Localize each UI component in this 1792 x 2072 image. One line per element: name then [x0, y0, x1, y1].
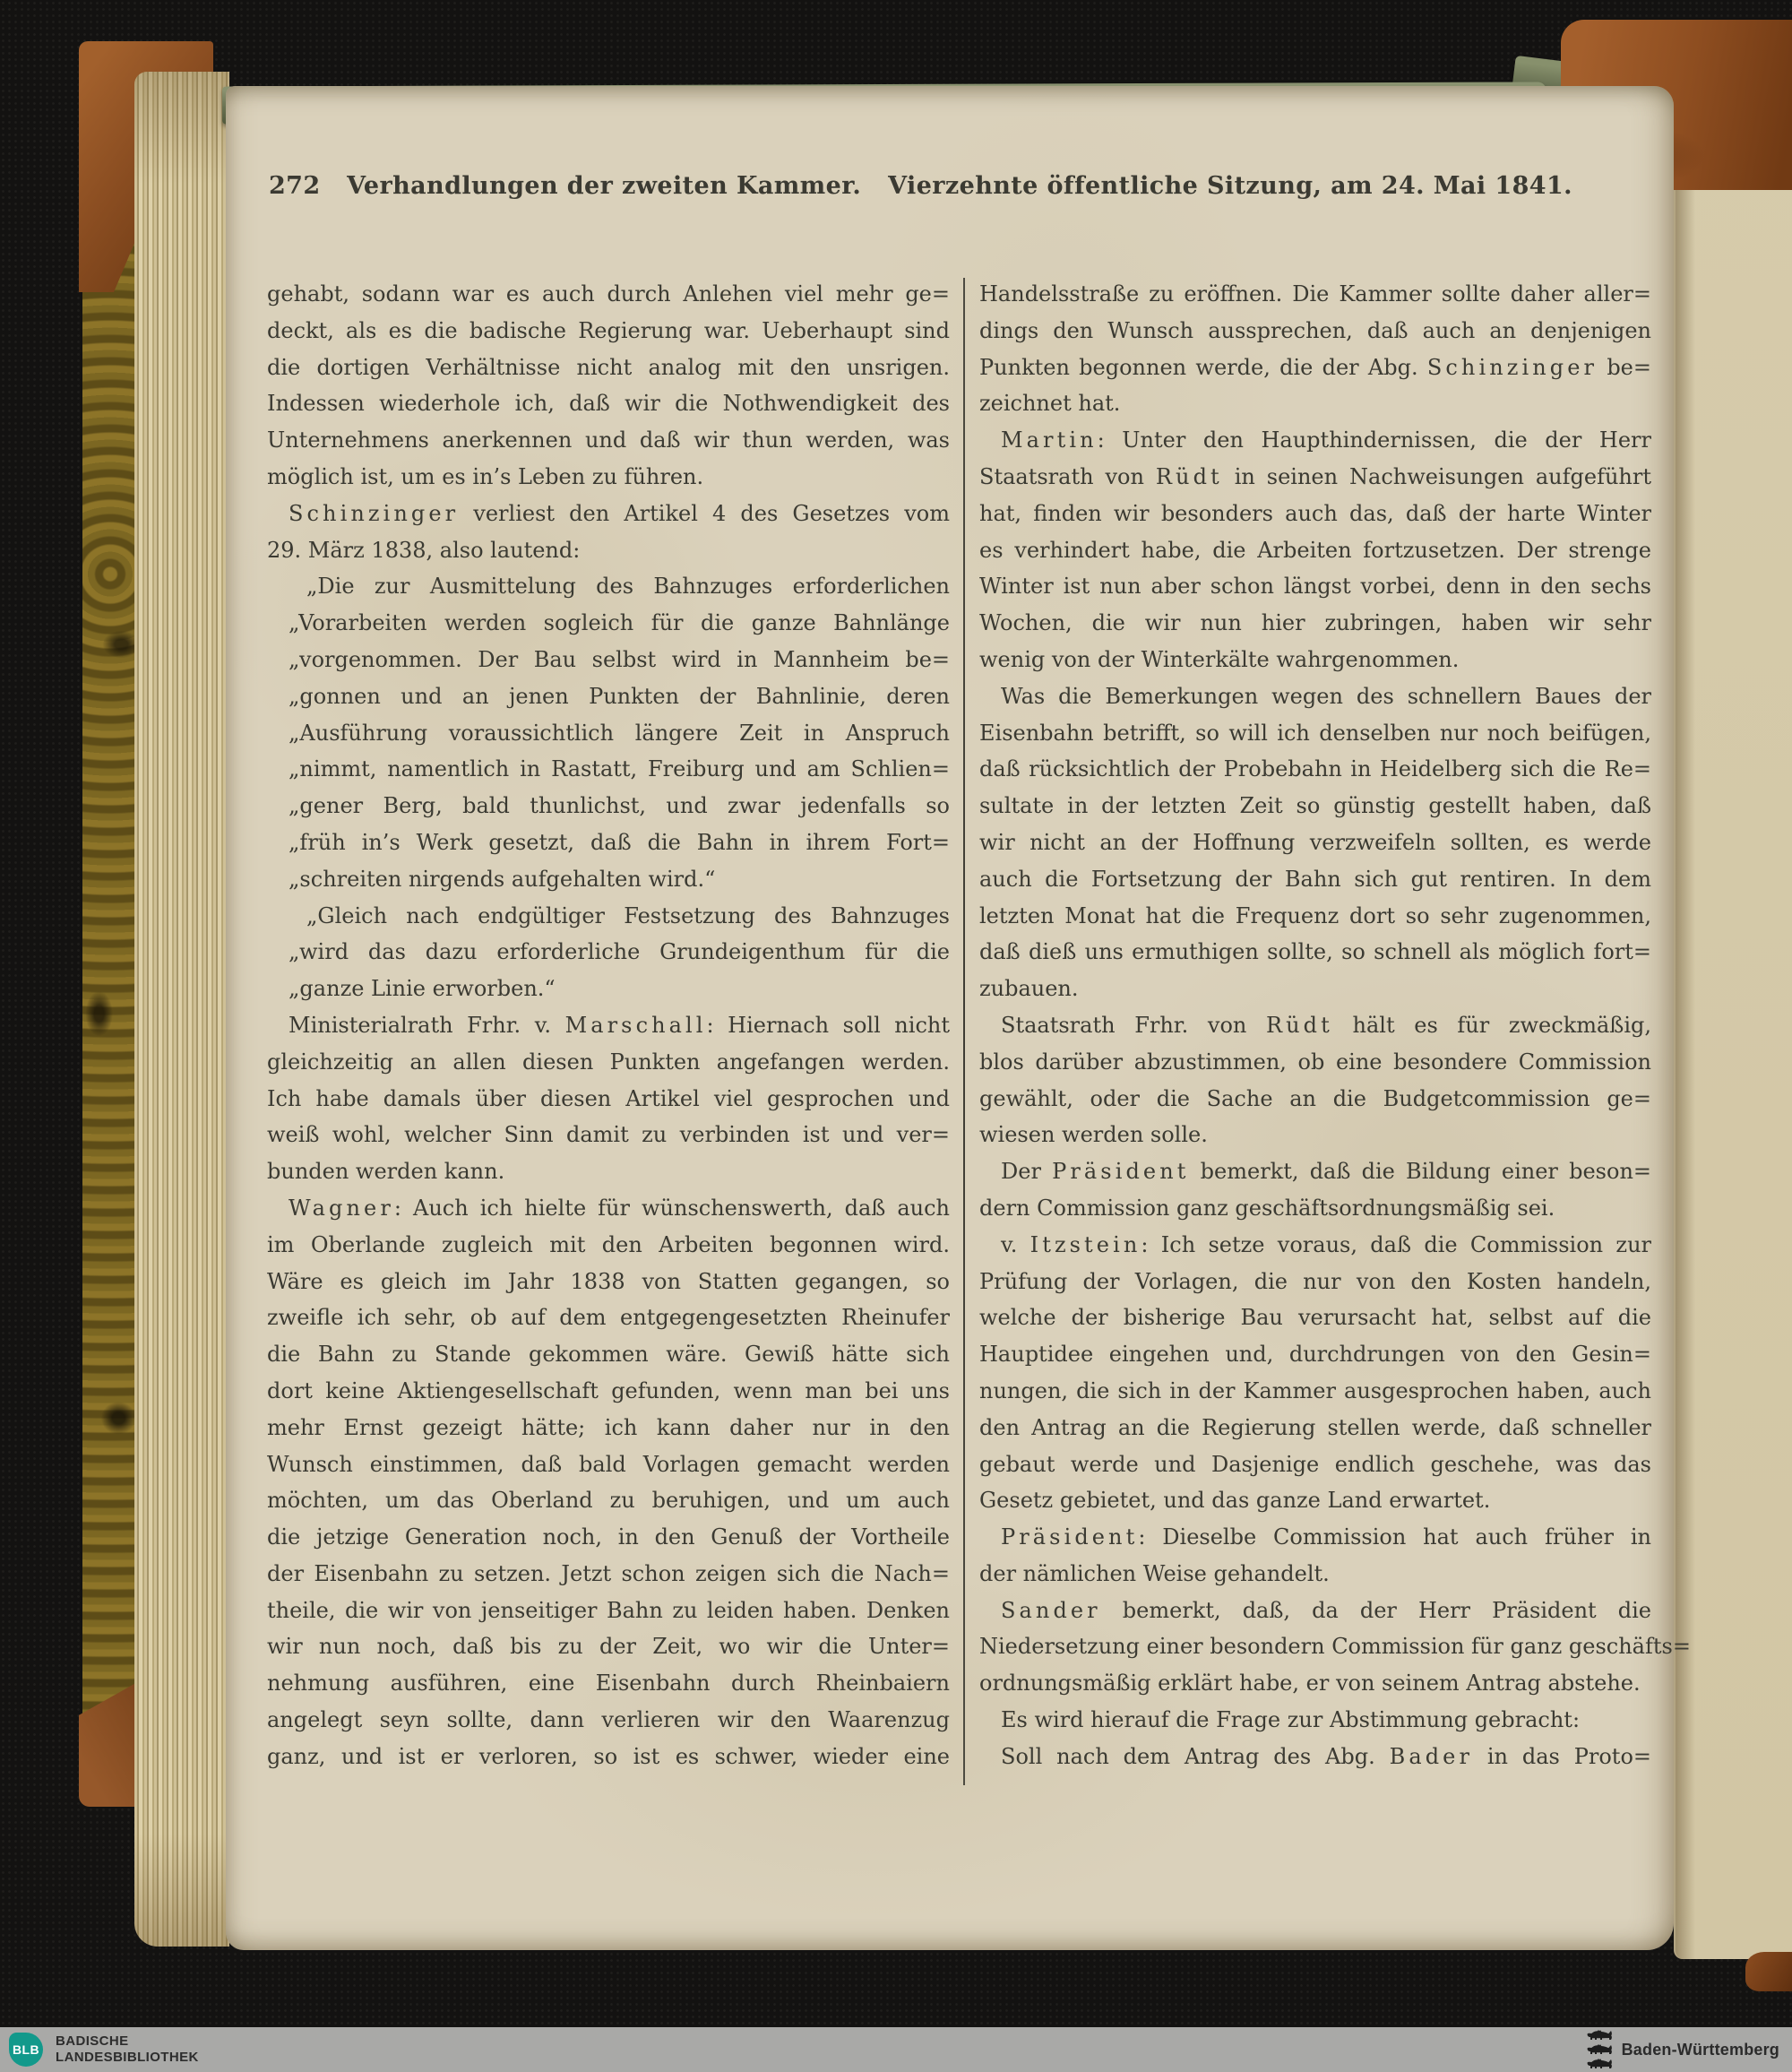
text-line: Staatsrath von Rüdt in seinen Nachweisun… — [979, 459, 1651, 496]
viewer-footer-bar: BLB BADISCHE LANDESBIBLIOTHEK Baden-Würt… — [0, 2027, 1792, 2072]
text-line: Eisenbahn betrifft, so will ich denselbe… — [979, 715, 1651, 752]
text-line: wiesen werden solle. — [979, 1117, 1651, 1153]
text-line: wir nun noch, daß bis zu der Zeit, wo wi… — [267, 1628, 950, 1665]
text-line: Wunsch einstimmen, daß bald Vorlagen gem… — [267, 1446, 950, 1483]
blb-logo-line1: BADISCHE — [56, 2033, 199, 2050]
text-line: „ganze Linie erworben.“ — [267, 971, 950, 1007]
text-line: Winter ist nun aber schon längst vorbei,… — [979, 568, 1651, 605]
text-line: mehr Ernst gezeigt hätte; ich kann daher… — [267, 1410, 950, 1446]
page-number: 272 — [269, 172, 321, 200]
text-line: Gesetz gebietet, und das ganze Land erwa… — [979, 1482, 1651, 1519]
text-line: Prüfung der Vorlagen, die nur von den Ko… — [979, 1264, 1651, 1300]
text-line: gebaut werde und Dasjenige endlich gesch… — [979, 1446, 1651, 1483]
text-line: hat, finden wir besonders auch das, daß … — [979, 496, 1651, 532]
text-line: „vorgenommen. Der Bau selbst wird in Man… — [267, 642, 950, 678]
text-line: zeichnet hat. — [979, 385, 1651, 422]
text-line: Handelsstraße zu eröffnen. Die Kammer so… — [979, 276, 1651, 313]
text-line: dort keine Aktiengesellschaft gefunden, … — [267, 1373, 950, 1410]
text-line: „Gleich nach endgültiger Festsetzung des… — [267, 898, 950, 935]
text-line: möchten, um das Oberland zu beruhigen, u… — [267, 1482, 950, 1519]
text-line: Staatsrath Frhr. von Rüdt hält es für zw… — [979, 1007, 1651, 1044]
text-line: Martin: Unter den Haupthindernissen, die… — [979, 422, 1651, 459]
text-line: Was die Bemerkungen wegen des schnellern… — [979, 678, 1651, 715]
text-line: „gener Berg, bald thunlichst, und zwar j… — [267, 788, 950, 824]
digitized-book-scan: { "meta": { "page_number": "272", "heade… — [0, 0, 1792, 2072]
text-line: daß dieß uns ermuthigen sollte, so schne… — [979, 934, 1651, 971]
text-line: auch die Fortsetzung der Bahn sich gut r… — [979, 861, 1651, 898]
column-left: gehabt, sodann war es auch durch Anlehen… — [267, 276, 950, 1775]
text-line: welche der bisherige Bau verursacht hat,… — [979, 1299, 1651, 1336]
text-line: Es wird hierauf die Frage zur Abstimmung… — [979, 1702, 1651, 1739]
text-line: bunden werden kann. — [267, 1153, 950, 1190]
bw-label: Baden-Württemberg — [1622, 2041, 1779, 2059]
running-header: 272 Verhandlungen der zweiten Kammer. Vi… — [267, 172, 1652, 200]
text-line: der Eisenbahn zu setzen. Jetzt schon zei… — [267, 1556, 950, 1593]
text-line: möglich ist, um es in’s Leben zu führen. — [267, 459, 950, 496]
text-line: v. Itzstein: Ich setze voraus, daß die C… — [979, 1227, 1651, 1264]
text-line: Wochen, die wir nun hier zubringen, habe… — [979, 605, 1651, 642]
text-line: Der Präsident bemerkt, daß die Bildung e… — [979, 1153, 1651, 1190]
text-line: „gonnen und an jenen Punkten der Bahnlin… — [267, 678, 950, 715]
text-line: sultate in der letzten Zeit so günstig g… — [979, 788, 1651, 824]
text-line: „Ausführung voraussichtlich längere Zeit… — [267, 715, 950, 752]
text-line: Hauptidee eingehen und, durchdrungen von… — [979, 1336, 1651, 1373]
text-line: zubauen. — [979, 971, 1651, 1007]
text-line: blos darüber abzustimmen, ob eine besond… — [979, 1044, 1651, 1081]
bw-lions-icon — [1586, 2029, 1613, 2070]
text-line: Niedersetzung einer besondern Commission… — [979, 1628, 1651, 1665]
text-line: Ministerialrath Frhr. v. Marschall: Hier… — [267, 1007, 950, 1044]
running-header-titles: Verhandlungen der zweiten Kammer. Vierze… — [267, 172, 1652, 200]
text-line: es verhindert habe, die Arbeiten fortzus… — [979, 532, 1651, 569]
text-line: die dortigen Verhältnisse nicht analog m… — [267, 350, 950, 386]
text-line: „früh in’s Werk gesetzt, daß die Bahn in… — [267, 824, 950, 861]
text-line: Wäre es gleich im Jahr 1838 von Statten … — [267, 1264, 950, 1300]
blb-logo: BLB BADISCHE LANDESBIBLIOTHEK — [9, 2033, 199, 2067]
bw-logo: Baden-Württemberg — [1586, 2029, 1779, 2070]
text-line: „Die zur Ausmittelung des Bahnzuges erfo… — [267, 568, 950, 605]
text-line: ganz, und ist er verloren, so ist es sch… — [267, 1739, 950, 1775]
column-right: Handelsstraße zu eröffnen. Die Kammer so… — [979, 276, 1651, 1775]
text-line: ordnungsmäßig erklärt habe, er von seine… — [979, 1665, 1651, 1702]
text-line: theile, die wir von jenseitiger Bahn zu … — [267, 1593, 950, 1629]
next-page-edge — [1674, 100, 1792, 1959]
text-line: „schreiten nirgends aufgehalten wird.“ — [267, 861, 950, 898]
text-line: Wagner: Auch ich hielte für wünschenswer… — [267, 1190, 950, 1227]
text-line: „wird das dazu erforderliche Grundeigent… — [267, 934, 950, 971]
text-line: angelegt seyn sollte, dann verlieren wir… — [267, 1702, 950, 1739]
column-divider — [963, 278, 965, 1785]
text-line: Ich habe damals über diesen Artikel viel… — [267, 1081, 950, 1118]
text-line: nehmung ausführen, eine Eisenbahn durch … — [267, 1665, 950, 1702]
text-line: wir nicht an der Hoffnung verzweifeln so… — [979, 824, 1651, 861]
text-line: weiß wohl, welcher Sinn damit zu verbind… — [267, 1117, 950, 1153]
running-header-right: Vierzehnte öffentliche Sitzung, am 24. M… — [888, 172, 1572, 200]
blb-logo-line2: LANDESBIBLIOTHEK — [56, 2050, 199, 2066]
text-line: 29. März 1838, also lautend: — [267, 532, 950, 569]
text-line: im Oberlande zugleich mit den Arbeiten b… — [267, 1227, 950, 1264]
text-line: gewählt, oder die Sache an die Budgetcom… — [979, 1081, 1651, 1118]
text-line: Schinzinger verliest den Artikel 4 des G… — [267, 496, 950, 532]
text-line: der nämlichen Weise gehandelt. — [979, 1556, 1651, 1593]
text-line: Unternehmens anerkennen und daß wir thun… — [267, 422, 950, 459]
text-line: nungen, die sich in der Kammer ausgespro… — [979, 1373, 1651, 1410]
text-line: „nimmt, namentlich in Rastatt, Freiburg … — [267, 751, 950, 788]
text-line: wenig von der Winterkälte wahrgenommen. — [979, 642, 1651, 678]
text-line: dern Commission ganz geschäftsordnungsmä… — [979, 1190, 1651, 1227]
running-header-left: Verhandlungen der zweiten Kammer. — [347, 172, 861, 200]
text-line: Indessen wiederhole ich, daß wir die Not… — [267, 385, 950, 422]
text-line: Sander bemerkt, daß, da der Herr Präside… — [979, 1593, 1651, 1629]
book-spine-leather-bottom — [1745, 1952, 1792, 1991]
text-line: die jetzige Generation noch, in den Genu… — [267, 1519, 950, 1556]
text-line: letzten Monat hat die Frequenz dort so s… — [979, 898, 1651, 935]
blb-logo-text: BADISCHE LANDESBIBLIOTHEK — [56, 2033, 199, 2065]
text-line: den Antrag an die Regierung stellen werd… — [979, 1410, 1651, 1446]
text-line: dings den Wunsch aussprechen, daß auch a… — [979, 313, 1651, 350]
text-line: Präsident: Dieselbe Commission hat auch … — [979, 1519, 1651, 1556]
text-line: Punkten begonnen werde, die der Abg. Sch… — [979, 350, 1651, 386]
text-line: gehabt, sodann war es auch durch Anlehen… — [267, 276, 950, 313]
book-cover-marbled-edge — [82, 47, 138, 1805]
text-line: zweifle ich sehr, ob auf dem entgegenges… — [267, 1299, 950, 1336]
blb-badge-icon: BLB — [9, 2033, 43, 2067]
text-line: „Vorarbeiten werden sogleich für die gan… — [267, 605, 950, 642]
text-line: die Bahn zu Stande gekommen wäre. Gewiß … — [267, 1336, 950, 1373]
text-line: deckt, als es die badische Regierung war… — [267, 313, 950, 350]
book-page: 272 Verhandlungen der zweiten Kammer. Vi… — [226, 86, 1674, 1950]
text-line: Soll nach dem Antrag des Abg. Bader in d… — [979, 1739, 1651, 1775]
text-line: gleichzeitig an allen diesen Punkten ang… — [267, 1044, 950, 1081]
text-line: daß rücksichtlich der Probebahn in Heide… — [979, 751, 1651, 788]
page-edge-stack — [134, 72, 229, 1947]
